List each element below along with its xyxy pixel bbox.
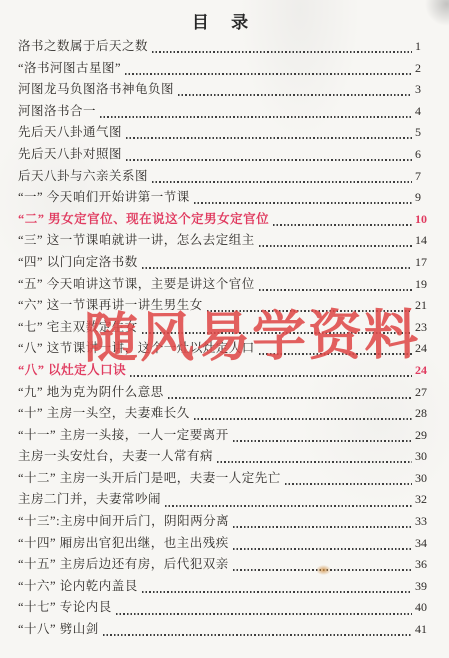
toc-entry-title: “四” 以门向定洛书数 xyxy=(18,252,138,274)
dot-leader xyxy=(152,51,412,53)
toc-entry-page: 40 xyxy=(415,597,439,619)
toc-entry: “十二” 主房一头开后门是吧，夫妻一人定先亡 30 xyxy=(18,468,439,490)
toc-entry: “七” 宅主双数定生女 23 xyxy=(18,317,439,339)
toc-entry-title: 主房一头安灶台，夫妻一人常有病 xyxy=(18,446,213,468)
toc-entry-page: 19 xyxy=(415,274,439,296)
toc-entry: 先后天八卦对照图 6 xyxy=(18,144,439,166)
dot-leader xyxy=(142,332,412,334)
toc-entry: 主房二门并，夫妻常吵闹 32 xyxy=(18,489,439,511)
dot-leader xyxy=(125,73,412,75)
toc-entry-page: 1 xyxy=(415,36,439,58)
dot-leader xyxy=(165,505,412,507)
toc-entries: 洛书之数属于后天之数 1 “洛书河图古星图” 2 河图龙马负图洛书神龟负图 3 … xyxy=(18,36,439,641)
toc-entry: “四” 以门向定洛书数 17 xyxy=(18,252,439,274)
toc-entry: “十五” 主房后边还有房，后代犯双亲 36 xyxy=(18,554,439,576)
toc-page: 目 录 洛书之数属于后天之数 1 “洛书河图古星图” 2 河图龙马负图洛书神龟负… xyxy=(0,0,449,658)
toc-entry: 河图洛书合一 4 xyxy=(18,101,439,123)
toc-entry-title: “十一” 主房一头接，一人一定要离开 xyxy=(18,425,229,447)
dot-leader xyxy=(233,440,412,442)
toc-entry-page: 17 xyxy=(415,252,439,274)
toc-entry-title: “二” 男女定官位、现在说这个定男女定官位 xyxy=(18,209,269,231)
toc-entry-title: “十五” 主房后边还有房，后代犯双亲 xyxy=(18,554,229,576)
dot-leader xyxy=(142,591,412,593)
toc-entry-page: 7 xyxy=(415,166,439,188)
toc-entry-title: 主房二门并，夫妻常吵闹 xyxy=(18,489,161,511)
toc-entry-page: 30 xyxy=(415,468,439,490)
dot-leader xyxy=(100,116,412,118)
toc-entry: “洛书河图古星图” 2 xyxy=(18,58,439,80)
toc-entry-title: “六” 这一节课再讲一讲生男生女 xyxy=(18,295,203,317)
toc-entry-page: 39 xyxy=(415,576,439,598)
toc-entry: “三” 这一节课咱就讲一讲，怎么去定组主 14 xyxy=(18,230,439,252)
toc-entry-title: “五” 今天咱讲这节课，主要是讲这个官位 xyxy=(18,274,255,296)
toc-entry-page: 4 xyxy=(415,101,439,123)
toc-entry-page: 23 xyxy=(415,317,439,339)
toc-entry-page: 21 xyxy=(415,295,439,317)
dot-leader xyxy=(194,418,412,420)
toc-entry-title: 后天八卦与六亲关系图 xyxy=(18,166,148,188)
dot-leader xyxy=(233,548,412,550)
dot-leader xyxy=(233,526,412,528)
dot-leader xyxy=(142,267,412,269)
dot-leader xyxy=(126,159,412,161)
toc-entry-page: 29 xyxy=(415,425,439,447)
toc-entry-page: 28 xyxy=(415,403,439,425)
dot-leader xyxy=(273,224,412,226)
toc-entry-page: 34 xyxy=(415,533,439,555)
toc-entry: “十七” 专论内艮 40 xyxy=(18,597,439,619)
toc-entry: “十三”:主房中间开后门，阴阳两分离 33 xyxy=(18,511,439,533)
toc-entry: 后天八卦与六亲关系图 7 xyxy=(18,166,439,188)
toc-entry: “十一” 主房一头接，一人一定要离开 29 xyxy=(18,425,439,447)
toc-entry-title: 先后天八卦对照图 xyxy=(18,144,122,166)
dot-leader xyxy=(116,613,412,615)
toc-entry-title: 洛书之数属于后天之数 xyxy=(18,36,148,58)
toc-entry: 主房一头安灶台，夫妻一人常有病 30 xyxy=(18,446,439,468)
toc-entry-title: 河图洛书合一 xyxy=(18,101,96,123)
toc-entry-title: “十四” 厢房出官犯出继，也主出残疾 xyxy=(18,533,229,555)
toc-entry-page: 6 xyxy=(415,144,439,166)
dot-leader xyxy=(152,181,412,183)
dot-leader xyxy=(126,137,412,139)
toc-entry: “十” 主房一头空，夫妻难长久 28 xyxy=(18,403,439,425)
toc-entry-page: 9 xyxy=(415,187,439,209)
dot-leader xyxy=(259,289,412,291)
toc-entry: “八” 以灶定人口诀 24 xyxy=(18,360,439,382)
toc-entry-title: “八” 这节课讲一讲，这个一灶以灶定人口 xyxy=(18,338,255,360)
toc-entry: “十六” 论内乾内盖艮 39 xyxy=(18,576,439,598)
dot-leader xyxy=(178,94,412,96)
toc-entry-page: 33 xyxy=(415,511,439,533)
dot-leader xyxy=(103,634,412,636)
toc-entry-title: 先后天八卦通气图 xyxy=(18,122,122,144)
toc-entry-page: 32 xyxy=(415,489,439,511)
toc-entry-page: 30 xyxy=(415,446,439,468)
toc-entry-title: “七” 宅主双数定生女 xyxy=(18,317,138,339)
toc-entry: “二” 男女定官位、现在说这个定男女定官位 10 xyxy=(18,209,439,231)
toc-entry: “十四” 厢房出官犯出继，也主出残疾 34 xyxy=(18,533,439,555)
toc-entry: 先后天八卦通气图 5 xyxy=(18,122,439,144)
toc-entry-title: “十” 主房一头空，夫妻难长久 xyxy=(18,403,190,425)
toc-entry: 洛书之数属于后天之数 1 xyxy=(18,36,439,58)
toc-entry-page: 24 xyxy=(415,338,439,360)
toc-entry-title: “十七” 专论内艮 xyxy=(18,597,112,619)
dot-leader xyxy=(285,483,412,485)
toc-entry-title: “八” 以灶定人口诀 xyxy=(18,360,126,382)
dot-leader xyxy=(259,245,412,247)
dot-leader xyxy=(168,397,412,399)
toc-entry-page: 14 xyxy=(415,230,439,252)
dot-leader xyxy=(217,461,412,463)
toc-entry-title: 河图龙马负图洛书神龟负图 xyxy=(18,79,174,101)
toc-entry: “六” 这一节课再讲一讲生男生女 21 xyxy=(18,295,439,317)
toc-entry-title: “十三”:主房中间开后门，阴阳两分离 xyxy=(18,511,229,533)
toc-entry-title: “三” 这一节课咱就讲一讲，怎么去定组主 xyxy=(18,230,255,252)
toc-entry-page: 3 xyxy=(415,79,439,101)
toc-entry-title: “九” 地为克为阴什么意思 xyxy=(18,382,164,404)
dot-leader xyxy=(130,375,412,377)
toc-entry: “一” 今天咱们开始讲第一节课 9 xyxy=(18,187,439,209)
toc-entry-page: 41 xyxy=(415,619,439,641)
toc-entry: “五” 今天咱讲这节课，主要是讲这个官位 19 xyxy=(18,274,439,296)
dot-leader xyxy=(194,202,412,204)
toc-entry-title: “一” 今天咱们开始讲第一节课 xyxy=(18,187,190,209)
toc-entry: 河图龙马负图洛书神龟负图 3 xyxy=(18,79,439,101)
page-title: 目 录 xyxy=(0,0,449,33)
toc-entry-page: 5 xyxy=(415,122,439,144)
toc-entry-title: “十二” 主房一头开后门是吧，夫妻一人定先亡 xyxy=(18,468,281,490)
toc-entry-page: 10 xyxy=(415,209,439,231)
toc-entry: “九” 地为克为阴什么意思 27 xyxy=(18,382,439,404)
dot-leader xyxy=(259,353,412,355)
paper-stain xyxy=(316,565,331,575)
toc-entry-title: “洛书河图古星图” xyxy=(18,58,121,80)
dot-leader xyxy=(207,310,412,312)
toc-entry-page: 2 xyxy=(415,58,439,80)
toc-entry-page: 36 xyxy=(415,554,439,576)
toc-entry-page: 24 xyxy=(415,360,439,382)
toc-entry-title: “十八” 劈山剑 xyxy=(18,619,99,641)
toc-entry: “十八” 劈山剑 41 xyxy=(18,619,439,641)
toc-entry-page: 27 xyxy=(415,382,439,404)
toc-entry: “八” 这节课讲一讲，这个一灶以灶定人口 24 xyxy=(18,338,439,360)
toc-entry-title: “十六” 论内乾内盖艮 xyxy=(18,576,138,598)
